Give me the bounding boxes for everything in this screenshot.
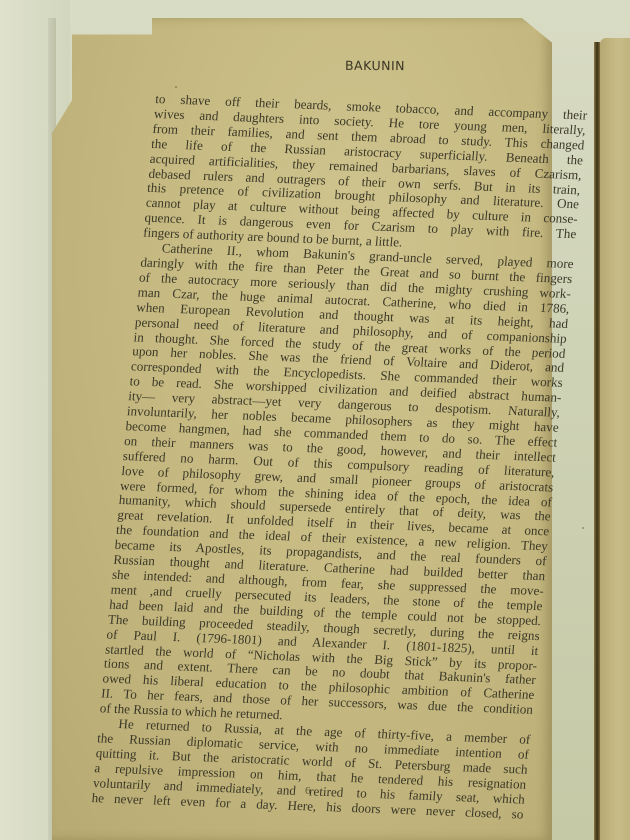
- paper-speck: [175, 86, 177, 88]
- paper-speck: [582, 527, 584, 529]
- facing-page-edge: [600, 38, 630, 840]
- running-head: BAKUNIN: [160, 57, 590, 74]
- page-number: 6: [305, 785, 311, 797]
- body-text: to shave off their beards, smoke tobacco…: [91, 92, 588, 822]
